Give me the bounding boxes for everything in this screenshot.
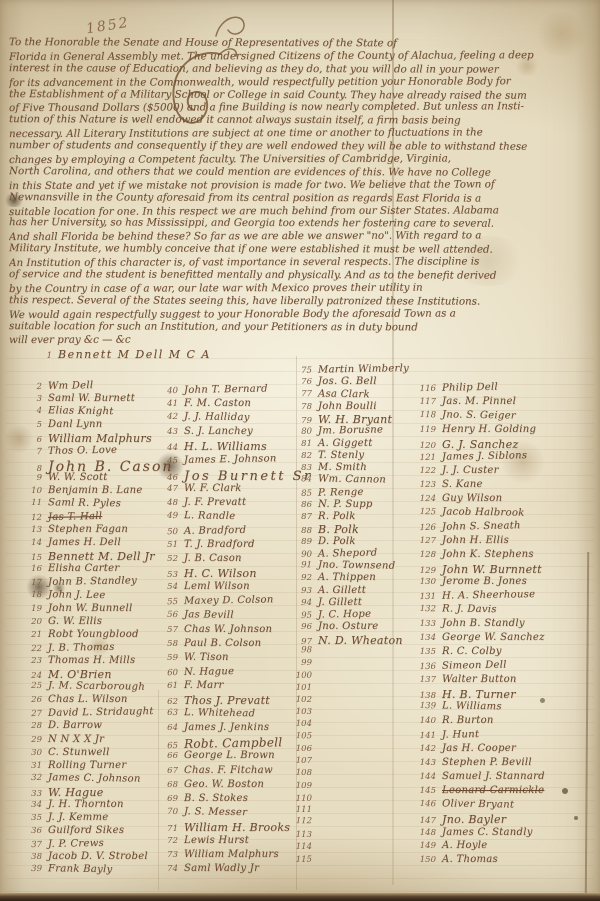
signature-name: Saml W. Burnett — [48, 393, 135, 404]
signature-number: 2 — [24, 382, 48, 392]
signature-name: Saml R. Pyles — [48, 497, 121, 509]
signature-number: 79 — [294, 416, 318, 426]
signature-name: S. Kane — [442, 479, 483, 490]
signature-row: 117 Jas. M. Pinnel — [418, 396, 545, 410]
signature-number: 128 — [418, 550, 442, 560]
signature-row: 101 — [294, 683, 409, 695]
signature-column-1: 2 Wm Dell 3 Saml W. Burnett 4 Elias Knig… — [24, 380, 173, 878]
signature-row: 139 L. Williams — [418, 700, 545, 716]
signature-row: 34 J. H. Thornton — [24, 799, 173, 812]
signature-name: George W. Sanchez — [442, 632, 545, 643]
signature-row: 18 John J. Lee — [24, 588, 174, 603]
signature-number: 94 — [294, 598, 318, 608]
signature-row: 71 William H. Brooks — [160, 821, 313, 835]
signature-name: Benjamin B. Lane — [48, 485, 143, 496]
signature-number: 145 — [418, 786, 442, 796]
signature-number: 61 — [160, 681, 184, 691]
petition-line: will ever pray &c — &c — [9, 332, 593, 347]
signature-name: F. M. Caston — [184, 398, 251, 409]
signature-number: 37 — [24, 840, 48, 850]
signature-row: 107 — [294, 756, 409, 768]
signature-name: Jerome B. Jones — [442, 576, 527, 587]
signature-number: 52 — [160, 554, 184, 564]
signature-number: 67 — [160, 766, 184, 776]
signature-row: 147 Jno. Bayler — [418, 813, 545, 827]
signature-row: 2 Wm Dell — [24, 379, 174, 395]
signature-number: 27 — [24, 709, 48, 719]
signature-name: Maxey D. Colson — [184, 595, 274, 608]
signature-number: 32 — [24, 773, 48, 783]
signature-number: 119 — [418, 425, 442, 435]
signature-row: 133 John B. Standly — [418, 618, 545, 632]
signature-name: M. Smith — [318, 462, 367, 473]
signature-number: 142 — [418, 744, 442, 754]
signature-number: 113 — [294, 830, 318, 840]
signature-row: 116 Philip Dell — [418, 381, 545, 397]
signature-number: 14 — [24, 538, 48, 548]
signature-row: 73 William Malphurs — [160, 849, 313, 863]
signature-number: 51 — [160, 540, 184, 550]
signature-name: D. Polk — [318, 536, 356, 547]
signature-number: 65 — [160, 741, 184, 751]
signature-name: Samuel J. Stannard — [442, 771, 545, 782]
signature-row: 143 Stephen P. Bevill — [418, 757, 545, 771]
signature-number: 93 — [294, 586, 318, 596]
signature-number: 78 — [294, 402, 318, 412]
signature-number: 124 — [418, 494, 442, 504]
signature-name: Asa Clark — [318, 388, 370, 400]
signature-name: A. Shepord — [318, 547, 378, 559]
signature-row: 27 David L. Stridaught — [24, 706, 174, 722]
signature-row: 22 J. B. Thomas — [24, 641, 174, 657]
signature-row: 46 Jos Burnett Sr — [160, 469, 313, 483]
signature-name: M. O'Brien — [48, 668, 112, 681]
signature-name: G. W. Ellis — [48, 616, 102, 627]
signature-name: John T. Bernard — [184, 383, 268, 395]
signature-row: 13 Stephen Fagan — [24, 524, 173, 537]
signature-name: Jacob D. V. Strobel — [48, 851, 148, 862]
signature-entry-first: 1 Bennett M Dell M C A — [34, 348, 211, 361]
signature-row: 10 Benjamin B. Lane — [24, 485, 173, 498]
signature-row: 32 James C. Johnson — [24, 772, 174, 787]
signature-row: 141 J. Hunt — [418, 728, 545, 744]
signature-row: 35 J. J. Kemme — [24, 812, 173, 825]
signature-number: 73 — [160, 850, 184, 860]
signature-row: 142 Jas H. Cooper — [418, 743, 545, 757]
signature-number: 35 — [24, 813, 48, 823]
signature-number: 34 — [24, 800, 48, 810]
signature-number: 56 — [160, 609, 184, 619]
signature-number: 59 — [160, 653, 184, 663]
signature-row: 61 F. Marr — [160, 680, 313, 694]
signature-row: 76 Jos. G. Bell — [294, 376, 409, 388]
signature-number: 54 — [160, 582, 184, 592]
signature-row: 97 N. D. Wheaton — [294, 634, 409, 646]
signature-name: Chas W. Johnson — [184, 624, 272, 635]
ink-speck — [574, 816, 578, 820]
signature-number: 140 — [418, 716, 442, 726]
signature-number: 96 — [294, 622, 318, 632]
signature-row: 60 N. Hague — [160, 665, 313, 682]
signature-row: 20 G. W. Ellis — [24, 616, 173, 629]
signature-name: James J. Jenkins — [184, 722, 269, 733]
signature-row: 1 Bennett M Dell M C A — [34, 348, 211, 361]
signature-number: 13 — [24, 525, 48, 535]
signature-row: 108 — [294, 768, 409, 780]
signature-number: 48 — [160, 498, 184, 508]
signature-name: John K. Stephens — [442, 549, 534, 560]
signature-row: 57 Chas W. Johnson — [160, 624, 313, 638]
signature-name: N N X X Jr — [48, 734, 104, 745]
signature-row: 109 — [294, 781, 409, 793]
signature-name: Jno. Osture — [318, 621, 378, 632]
signature-number: 122 — [418, 466, 442, 476]
signature-number: 30 — [24, 748, 48, 758]
signature-name: Chas. F. Fitchaw — [184, 765, 273, 776]
signature-number: 46 — [160, 473, 184, 483]
signature-number: 57 — [160, 625, 184, 635]
signature-number: 58 — [160, 639, 184, 649]
signature-number: 26 — [24, 695, 48, 705]
signature-name: James C. Johnson — [48, 772, 141, 784]
signature-number: 10 — [24, 486, 48, 496]
signature-number: 74 — [160, 864, 184, 874]
signature-number: 7 — [24, 447, 48, 457]
signature-name: John B. Standley — [48, 576, 137, 589]
signature-row: 56 Jas Bevill — [160, 608, 313, 624]
signature-row: 72 Lewis Hurst — [160, 835, 313, 849]
signature-number: 66 — [160, 751, 184, 761]
signature-column-3: 75 Martin Wimberly 76 Jos. G. Bell 77 As… — [294, 364, 409, 866]
signature-row: 29 N N X X Jr — [24, 734, 173, 747]
signature-number: 55 — [160, 597, 184, 607]
signature-number: 3 — [24, 394, 48, 404]
signature-name: Leonard Carmickle — [442, 785, 544, 796]
signature-row: 123 S. Kane — [418, 479, 545, 493]
signature-number: 49 — [160, 511, 184, 521]
signature-row: 96 Jno. Osture — [294, 621, 409, 633]
signature-row: 28 D. Barrow — [24, 720, 173, 733]
signature-name: W. F. Clark — [184, 483, 242, 494]
signature-row: 4 Elias Knight — [24, 405, 174, 420]
signature-name: Philip Dell — [442, 382, 498, 394]
signature-number: 38 — [24, 852, 48, 862]
signature-number: 98 — [294, 645, 318, 655]
signature-name: Oliver Bryant — [442, 798, 514, 810]
paper-right-edge-shadow — [585, 552, 589, 896]
signature-number: 63 — [160, 708, 184, 718]
signature-name: J. J. Custer — [442, 465, 499, 476]
signature-name: A. Hoyle — [442, 840, 488, 851]
signature-name: L. Whitehead — [184, 707, 255, 719]
signature-number: 25 — [24, 681, 48, 691]
signature-number: 105 — [294, 731, 318, 741]
signature-name: H. B. Turner — [442, 688, 516, 701]
signature-number: 107 — [294, 756, 318, 766]
signature-name: Jno. Bayler — [442, 813, 506, 826]
signature-name: Jas Bevill — [184, 609, 234, 621]
signature-number: 47 — [160, 484, 184, 494]
signature-name: W. W. Scott — [48, 472, 108, 483]
signature-row: 25 J. M. Scarborough — [24, 680, 174, 695]
signature-row: 127 John H. Ellis — [418, 535, 545, 549]
signature-name: N. D. Wheaton — [318, 634, 403, 647]
signature-row: 102 — [294, 695, 409, 707]
signature-row: 115 — [294, 853, 409, 867]
signature-name: C. Stunwell — [48, 747, 110, 758]
signature-row: 119 Henry H. Golding — [418, 424, 545, 438]
signature-number: 82 — [294, 451, 318, 461]
signature-row: 58 Paul B. Colson — [160, 638, 313, 652]
signature-row: 98 — [294, 645, 409, 659]
signature-row: 113 — [294, 830, 409, 842]
signature-name: Guilford Sikes — [48, 825, 124, 836]
signature-number: 115 — [294, 855, 318, 865]
signature-name: John S. Sneath — [442, 520, 521, 532]
signature-name: Elisha Carter — [48, 563, 119, 574]
signature-number: 147 — [418, 816, 442, 826]
signature-row: 63 L. Whitehead — [160, 707, 313, 723]
signature-row: 62 Thos J. Prevatt — [160, 694, 313, 708]
petition-line: for its advancement in the Commonwealth,… — [9, 75, 593, 90]
signature-number: 117 — [418, 397, 442, 407]
signature-number: 111 — [294, 805, 318, 815]
signature-number: 132 — [418, 604, 442, 614]
signature-row: 66 George L. Brown — [160, 750, 313, 764]
signature-name: James J. Siblons — [442, 451, 527, 463]
signature-number: 131 — [418, 592, 442, 602]
signature-row: 81 A. Giggett — [294, 438, 409, 450]
signature-number: 85 — [294, 488, 318, 498]
paper-bottom-edge — [0, 893, 600, 901]
petition-text: To the Honorable the Senate and House of… — [9, 37, 593, 346]
signature-name: Saml Wadly Jr — [184, 863, 259, 874]
signature-number: 33 — [24, 789, 48, 799]
signature-name: John W. Burnnett — [442, 563, 542, 576]
signature-name: Thos O. Love — [48, 445, 117, 457]
signature-name: Stephen P. Bevill — [442, 757, 532, 768]
signature-number: 146 — [418, 799, 442, 809]
signature-name: J. P. Crews — [48, 838, 104, 850]
signature-number: 42 — [160, 412, 184, 422]
signature-row: 110 — [294, 792, 409, 806]
signature-row: 118 Jno. S. Geiger — [418, 409, 545, 425]
signature-number: 11 — [24, 498, 48, 508]
signature-name: Bennett M Dell M C A — [58, 348, 211, 361]
signature-row: 42 J. J. Halliday — [160, 411, 313, 427]
signature-number: 92 — [294, 573, 318, 583]
signature-row: 74 Saml Wadly Jr — [160, 863, 313, 877]
signature-row: 39 Frank Bayly — [24, 863, 174, 878]
signature-number: 106 — [294, 744, 318, 754]
signature-row: 47 W. F. Clark — [160, 483, 313, 497]
signature-number: 139 — [418, 701, 442, 711]
signature-number: 112 — [294, 816, 318, 826]
signature-name: G. J. Sanchez — [442, 438, 519, 451]
ink-speck — [562, 788, 568, 794]
signature-name: J. S. Messer — [184, 806, 247, 818]
signature-number: 118 — [418, 410, 442, 420]
signature-number: 62 — [160, 697, 184, 707]
signature-column-2: 40 John T. Bernard 41 F. M. Caston 42 J.… — [160, 384, 313, 877]
signature-row: 78 John Boulli — [294, 401, 409, 413]
signature-name: Rolling Turner — [48, 760, 126, 771]
signature-row: 85 P. Renge — [294, 485, 409, 499]
signature-row: 86 N. P. Supp — [294, 499, 409, 511]
signature-row: 134 George W. Sanchez — [418, 632, 545, 646]
signature-name: R. Burton — [442, 715, 494, 726]
signature-row: 30 C. Stunwell — [24, 747, 173, 760]
signature-number: 70 — [160, 807, 184, 817]
signature-name: Walter Button — [442, 674, 517, 685]
signature-number: 88 — [294, 526, 318, 536]
signature-row: 41 F. M. Caston — [160, 398, 313, 412]
signature-name: Jacob Halbrook — [442, 506, 525, 518]
signature-row: 40 John T. Bernard — [160, 383, 313, 400]
signature-row: 124 Guy Wilson — [418, 493, 545, 507]
signature-number: 104 — [294, 719, 318, 729]
signature-number: 110 — [294, 793, 318, 803]
signature-name: W. Hague — [48, 786, 104, 799]
signature-number: 116 — [418, 384, 442, 394]
signature-row: 100 — [294, 669, 409, 683]
signature-number: 1 — [34, 351, 58, 361]
signature-row: 112 — [294, 816, 409, 830]
signature-row: 31 Rolling Turner — [24, 760, 173, 773]
signature-number: 149 — [418, 841, 442, 851]
signature-row: 67 Chas. F. Fitchaw — [160, 765, 313, 779]
signature-row: 53 H. C. Wilson — [160, 567, 313, 581]
signature-name: James H. Dell — [48, 537, 121, 548]
signature-number: 9 — [24, 473, 48, 483]
signature-number: 121 — [418, 453, 442, 463]
signature-number: 68 — [160, 780, 184, 790]
signature-name: Frank Bayly — [48, 864, 113, 876]
signature-number: 20 — [24, 617, 48, 627]
signature-row: 135 R. C. Colby — [418, 646, 545, 660]
signature-name: Jas H. Cooper — [442, 743, 516, 754]
signature-row: 146 Oliver Bryant — [418, 798, 545, 814]
signature-number: 53 — [160, 570, 184, 580]
signature-number: 86 — [294, 500, 318, 510]
signature-name: B. Polk — [318, 523, 359, 536]
signature-name: Danl Lynn — [48, 419, 103, 430]
signature-name: J. M. Scarborough — [48, 680, 145, 693]
signature-name: Jos. G. Bell — [318, 376, 377, 387]
signature-row: 75 Martin Wimberly — [294, 363, 409, 377]
signature-row: 12 Jas T. Hall — [24, 510, 174, 526]
signature-number: 15 — [24, 553, 48, 563]
signature-row: 45 James E. Johnson — [160, 453, 313, 470]
signature-name: William Malphurs — [184, 849, 279, 860]
signature-row: 136 Simeon Dell — [418, 659, 545, 675]
signature-number: 77 — [294, 389, 318, 399]
signature-number: 103 — [294, 707, 318, 717]
signature-name: J. B. Cason — [184, 553, 242, 564]
signature-name: T. J. Bradford — [184, 539, 255, 550]
signature-name: Bennett M. Dell Jr — [48, 550, 155, 563]
signature-number: 43 — [160, 427, 184, 437]
signature-name: J. J. Kemme — [48, 812, 108, 823]
signature-name: T. Stenly — [318, 450, 364, 461]
signature-row: 80 Jm. Borusne — [294, 424, 409, 438]
signature-name: R. J. Davis — [442, 604, 497, 616]
signature-number: 83 — [294, 463, 318, 473]
signature-row: 33 W. Hague — [24, 786, 173, 799]
signature-number: 127 — [418, 536, 442, 546]
signature-number: 6 — [24, 435, 48, 445]
signature-number: 76 — [294, 377, 318, 387]
signature-name: S. J. Lanchey — [184, 426, 253, 437]
signature-name: Jno. S. Geiger — [442, 409, 516, 421]
signature-row: 140 R. Burton — [418, 715, 545, 729]
signature-name: Elias Knight — [48, 405, 114, 417]
signature-name: Martin Wimberly — [318, 363, 409, 376]
signature-number: 50 — [160, 527, 184, 537]
signature-name: F. Marr — [184, 680, 224, 691]
signature-name: Jas. M. Pinnel — [442, 396, 516, 407]
signature-number: 4 — [24, 406, 48, 416]
signature-row: 21 Robt Youngblood — [24, 629, 173, 642]
signature-name: Thomas H. Mills — [48, 655, 135, 666]
signature-number: 125 — [418, 507, 442, 517]
signature-row: 23 Thomas H. Mills — [24, 655, 173, 668]
signature-number: 60 — [160, 668, 184, 678]
signature-name: William H. Brooks — [184, 821, 290, 834]
signature-row: 59 W. Tison — [160, 652, 313, 666]
signature-row: 7 Thos O. Love — [24, 444, 174, 460]
signature-name: W. Tison — [184, 652, 229, 663]
signature-name: J. B. Thomas — [48, 642, 115, 654]
signature-number: 75 — [294, 366, 318, 376]
signature-name: N. Hague — [184, 666, 234, 678]
signature-number: 148 — [418, 828, 442, 838]
signature-row: 105 — [294, 731, 409, 745]
signature-number: 100 — [294, 671, 318, 681]
signature-number: 19 — [24, 604, 48, 614]
signature-row: 132 R. J. Davis — [418, 603, 545, 619]
signature-name: George L. Brown — [184, 750, 275, 761]
signature-number: 80 — [294, 427, 318, 437]
petition-line: Newnansville in the County aforesaid fro… — [9, 191, 593, 206]
signature-number: 130 — [418, 577, 442, 587]
signature-name: J. Gillett — [318, 597, 362, 608]
signature-row: 121 James J. Siblons — [418, 450, 545, 466]
signature-number: 108 — [294, 768, 318, 778]
signature-number: 71 — [160, 824, 184, 834]
signature-name: J. Hunt — [442, 729, 479, 741]
signature-number: 64 — [160, 723, 184, 733]
signature-row: 129 John W. Burnnett — [418, 563, 545, 577]
signature-name: H. C. Wilson — [184, 567, 257, 580]
signature-number: 102 — [294, 695, 318, 705]
signature-row: 104 — [294, 719, 409, 731]
signature-number: 16 — [24, 564, 48, 574]
signature-row: 149 A. Hoyle — [418, 840, 545, 854]
signature-name: John Boulli — [318, 401, 377, 412]
signature-row: 95 J. C. Hope — [294, 608, 409, 622]
signature-row: 14 James H. Dell — [24, 537, 173, 550]
signature-row: 19 John W. Bunnell — [24, 603, 173, 616]
signature-row: 5 Danl Lynn — [24, 419, 173, 432]
year-annotation: 1852 — [85, 15, 131, 38]
signature-row: 52 J. B. Cason — [160, 553, 313, 567]
signature-name: Paul B. Colson — [184, 638, 261, 649]
signature-number: 40 — [160, 386, 184, 396]
signature-number: 137 — [418, 675, 442, 685]
signature-row: 94 J. Gillett — [294, 597, 409, 609]
signature-name: H. L. Williams — [184, 440, 267, 453]
